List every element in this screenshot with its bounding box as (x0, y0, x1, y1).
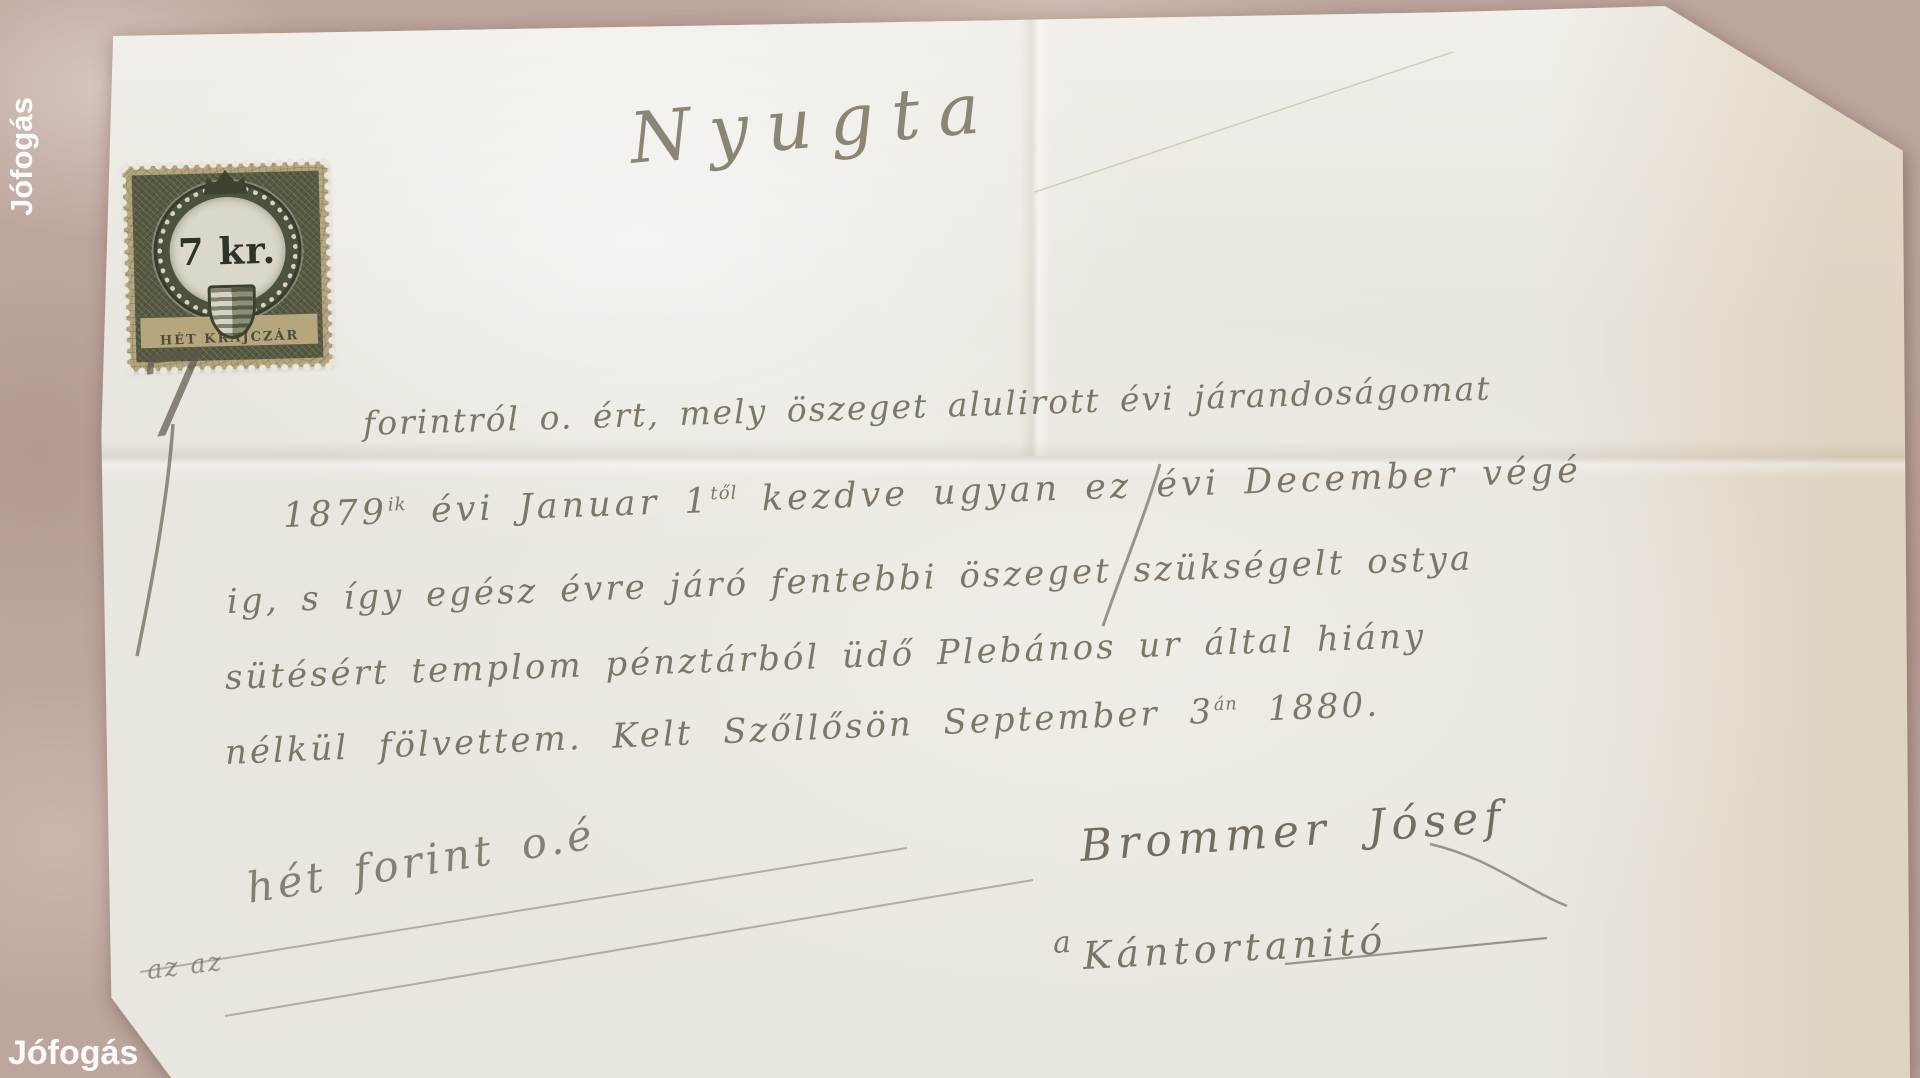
signature-trailing-line (1285, 938, 1547, 964)
watermark-bottom-left: Jófogás (8, 1034, 138, 1073)
fold-line-top (1035, 52, 1453, 192)
watermark-top-left: Jófogás (4, 97, 40, 216)
pencil-strokes (95, 6, 1910, 1078)
stroke-slash-after-date (1103, 464, 1160, 626)
stroke-seven-tail (137, 424, 173, 656)
photo-scene: 7 kr. HÉT KRAJCZÁR Nyugta 7 forintról o.… (0, 0, 1920, 1078)
underline-stroke-2 (225, 880, 1033, 1016)
paper-shadow-wrap: 7 kr. HÉT KRAJCZÁR Nyugta 7 forintról o.… (0, 0, 1920, 1078)
signature-flourish (1430, 844, 1567, 906)
receipt-paper: 7 kr. HÉT KRAJCZÁR Nyugta 7 forintról o.… (95, 6, 1910, 1078)
underline-stroke-1 (140, 848, 907, 972)
